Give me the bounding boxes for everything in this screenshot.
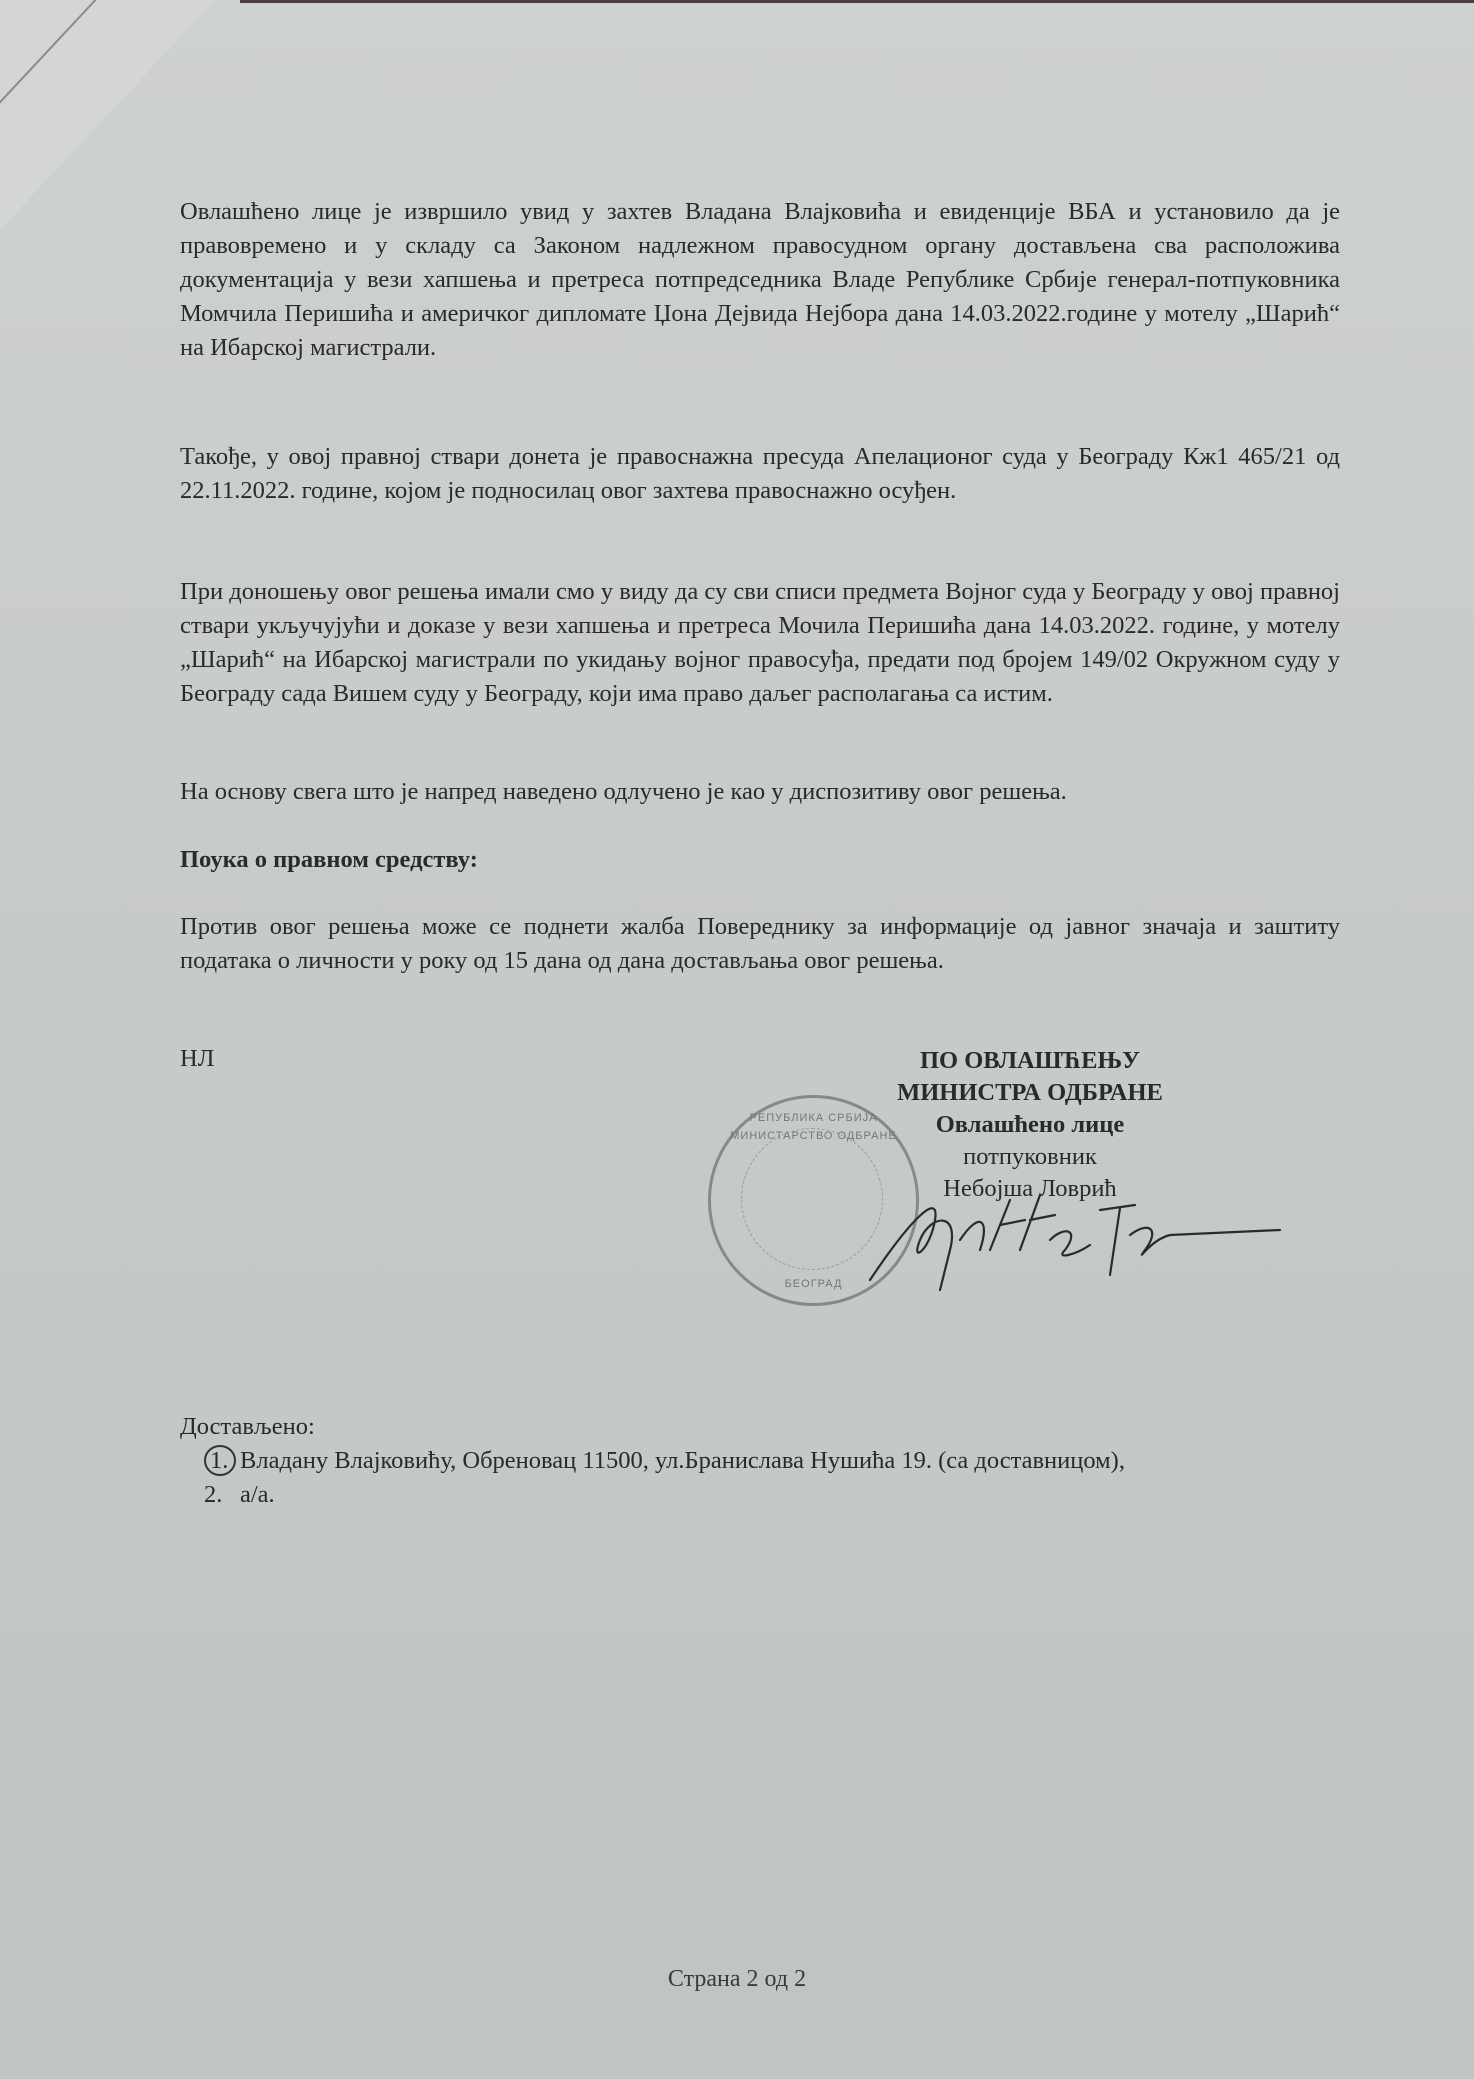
paragraph-verdict: Такође, у овој правној ствари донета је …	[180, 440, 1340, 508]
legal-remedy-text: Против овог решења може се поднети жалба…	[180, 910, 1340, 978]
authorized-person-line: Овлашћено лице	[840, 1109, 1220, 1141]
legal-remedy-heading: Поука о правном средству:	[180, 843, 1340, 877]
list-number: 1.	[180, 1444, 240, 1478]
recipient-text: Владану Влајковићу, Обреновац 11500, ул.…	[240, 1444, 1340, 1478]
authorization-line: ПО ОВЛАШЋЕЊУ	[840, 1045, 1220, 1077]
page-top-edge	[240, 0, 1474, 3]
list-item: 1. Владану Влајковићу, Обреновац 11500, …	[180, 1444, 1340, 1478]
handwritten-signature	[850, 1180, 1290, 1300]
minister-line: МИНИСТРА ОДБРАНЕ	[840, 1077, 1220, 1109]
delivered-label: Достављено:	[180, 1410, 1340, 1444]
paragraph-conclusion: На основу свега што је напред наведено о…	[180, 775, 1340, 809]
list-item: 2. а/а.	[180, 1478, 1340, 1512]
paragraph-findings: Овлашћено лице је извршило увид у захтев…	[180, 195, 1340, 365]
signer-rank: потпуковник	[840, 1141, 1220, 1173]
list-number: 2.	[180, 1478, 240, 1512]
paragraph-court-files: При доношењу овог решења имали смо у вид…	[180, 575, 1340, 711]
delivered-section: Достављено: 1. Владану Влајковићу, Обрен…	[180, 1410, 1340, 1512]
delivered-list: 1. Владану Влајковићу, Обреновац 11500, …	[180, 1444, 1340, 1512]
recipient-text: а/а.	[240, 1478, 1340, 1512]
document-page: Овлашћено лице је извршило увид у захтев…	[0, 0, 1474, 2079]
initials: НЛ	[180, 1045, 214, 1073]
page-number: Страна 2 од 2	[0, 1966, 1474, 1993]
